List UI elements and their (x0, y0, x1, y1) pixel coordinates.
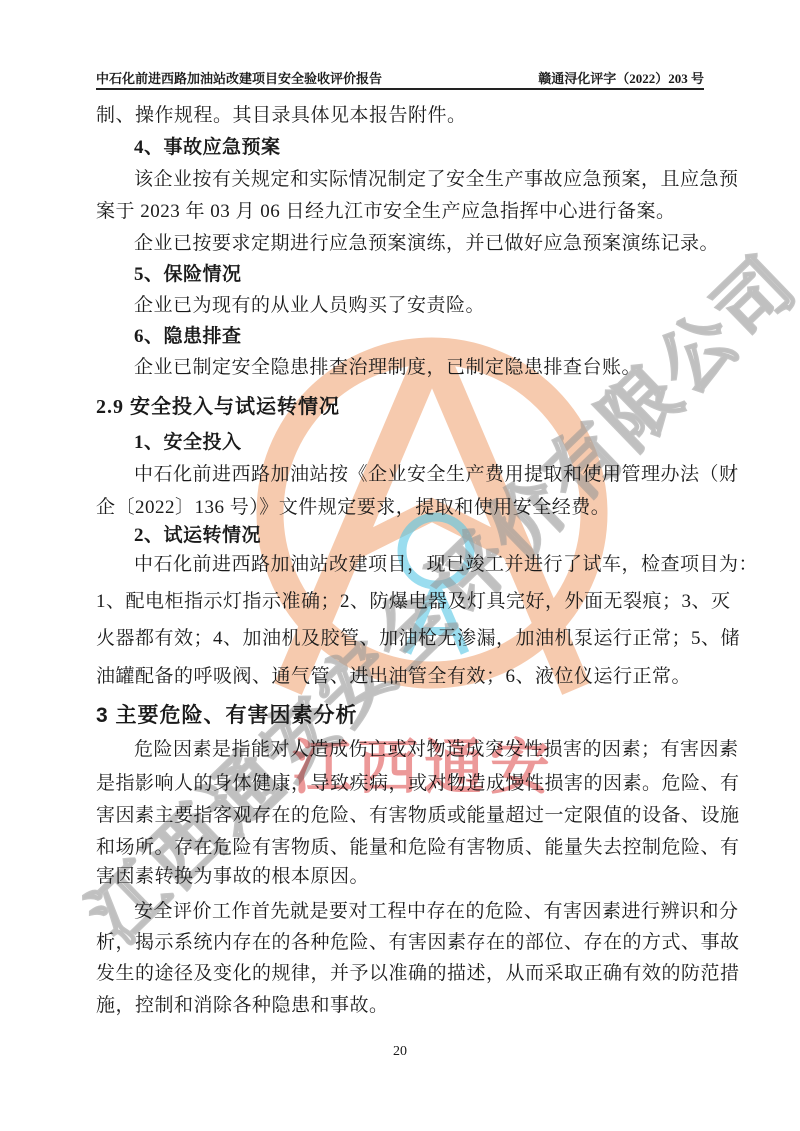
heading-4-emergency-plan: 4、事故应急预案 (134, 132, 281, 159)
text-line: 1、配电柜指示灯指示准确；2、防爆电器及灯具完好，外面无裂痕；3、灭 (96, 586, 731, 613)
page-number: 20 (0, 1044, 800, 1060)
document-page: 中石化前进西路加油站改建项目安全验收评价报告 赣通浔化评字（2022）203 号… (0, 0, 800, 1131)
text-line: 案于 2023 年 03 月 06 日经九江市安全生产应急指挥中心进行备案。 (96, 196, 676, 223)
header-report-title: 中石化前进西路加油站改建项目安全验收评价报告 (96, 68, 382, 87)
text-line: 制、操作规程。其目录具体见本报告附件。 (96, 100, 467, 127)
red-company-watermark: 江西通安 (292, 720, 556, 806)
text-line: 企业已为现有的从业人员购买了安责险。 (134, 290, 485, 317)
header-rule (96, 88, 704, 90)
text-line: 中石化前进西路加油站改建项目，现已竣工并进行了试车，检查项目为： (134, 549, 758, 576)
text-line: 企〔2022〕136 号）》文件规定要求，提取和使用安全经费。 (96, 492, 610, 519)
header-document-number: 赣通浔化评字（2022）203 号 (538, 68, 704, 87)
heading-5-insurance: 5、保险情况 (134, 259, 242, 286)
text-line: 害因素转换为事故的根本原因。 (96, 861, 369, 888)
text-line: 析，揭示系统内存在的各种危险、有害因素存在的部位、存在的方式、事故 (96, 927, 740, 954)
text-line: 火器都有效；4、加油机及胶管、加油枪无渗漏，加油机泵运行正常；5、储 (96, 623, 740, 650)
text-line: 安全评价工作首先就是要对工程中存在的危险、有害因素进行辨识和分 (134, 896, 739, 923)
text-line: 该企业按有关规定和实际情况制定了安全生产事故应急预案，且应急预 (134, 164, 739, 191)
heading-1-safety-investment: 1、安全投入 (134, 427, 242, 454)
text-line: 企业已制定安全隐患排查治理制度，已制定隐患排查台账。 (134, 352, 641, 379)
text-line: 中石化前进西路加油站按《企业安全生产费用提取和使用管理办法（财 (134, 459, 739, 486)
text-line: 企业已按要求定期进行应急预案演练，并已做好应急预案演练记录。 (134, 228, 719, 255)
heading-2-trial-run: 2、试运转情况 (134, 520, 261, 547)
heading-6-hazard-inspection: 6、隐患排查 (134, 321, 242, 348)
heading-2-9-section: 2.9 安全投入与试运转情况 (96, 390, 340, 419)
text-line: 施，控制和消除各种隐患和事故。 (96, 990, 389, 1017)
text-line: 和场所。存在危险有害物质、能量和危险有害物质、能量失去控制危险、有 (96, 832, 740, 859)
text-line: 发生的途径及变化的规律，并予以准确的描述，从而采取正确有效的防范措 (96, 958, 740, 985)
text-line: 油罐配备的呼吸阀、通气管、进出油管全有效；6、液位仪运行正常。 (96, 661, 691, 688)
